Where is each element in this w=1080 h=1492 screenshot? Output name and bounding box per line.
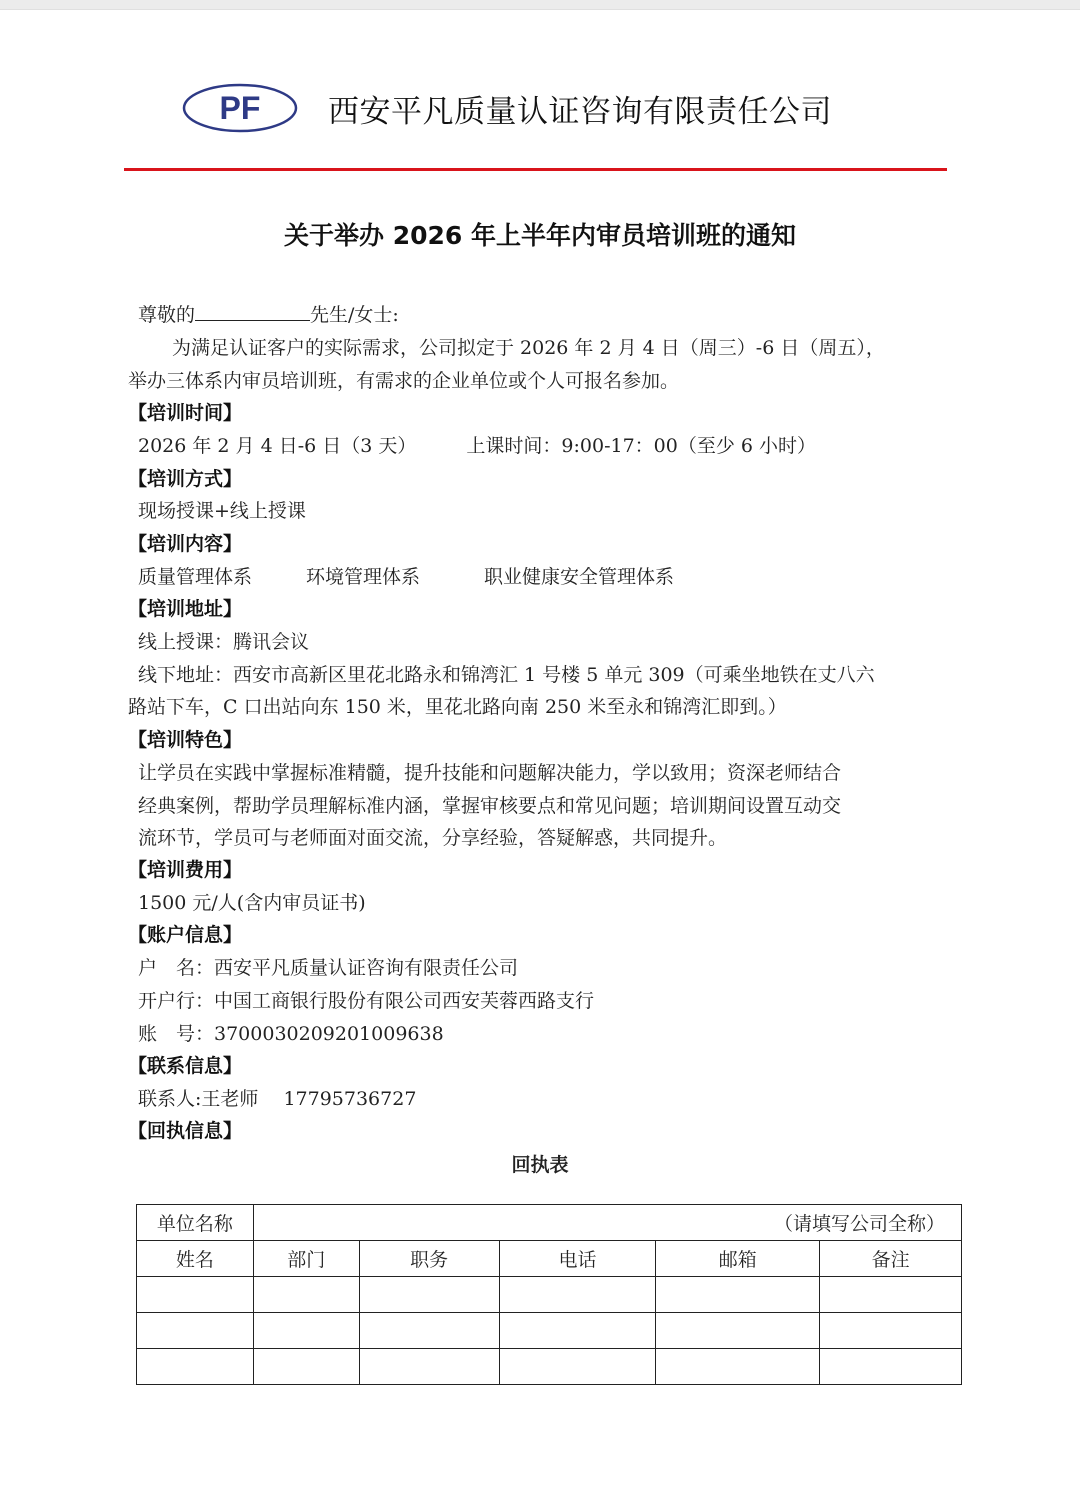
position-cell[interactable] xyxy=(359,1313,499,1349)
department-cell[interactable] xyxy=(253,1277,359,1313)
unit-name-field[interactable]: （请填写公司全称） xyxy=(253,1205,961,1241)
training-mode: 现场授课+线上授课 xyxy=(138,496,306,523)
heading-mode: 【培训方式】 xyxy=(128,464,242,491)
intro-line-1: 为满足认证客户的实际需求，公司拟定于 2026 年 2 月 4 日（周三）-6 … xyxy=(172,333,885,360)
column-header-remarks: 备注 xyxy=(820,1241,962,1277)
department-cell[interactable] xyxy=(253,1313,359,1349)
remarks-cell[interactable] xyxy=(820,1277,962,1313)
top-bar xyxy=(0,0,1080,10)
column-header-phone: 电话 xyxy=(499,1241,656,1277)
intro-line-2: 举办三体系内审员培训班，有需求的企业单位或个人可报名参加。 xyxy=(128,366,679,393)
training-time: 2026 年 2 月 4 日-6 日（3 天）上课时间：9:00-17：00（至… xyxy=(138,431,816,458)
heading-contact: 【联系信息】 xyxy=(128,1051,242,1078)
heading-receipt: 【回执信息】 xyxy=(128,1116,242,1143)
name-blank-field[interactable] xyxy=(195,302,310,321)
heading-time: 【培训时间】 xyxy=(128,398,242,425)
training-content: 质量管理体系环境管理体系职业健康安全管理体系 xyxy=(138,562,674,589)
heading-address: 【培训地址】 xyxy=(128,594,242,621)
table-row xyxy=(137,1349,962,1385)
heading-features: 【培训特色】 xyxy=(128,725,242,752)
position-cell[interactable] xyxy=(359,1349,499,1385)
greeting-suffix: 先生/女士: xyxy=(310,304,399,326)
position-cell[interactable] xyxy=(359,1277,499,1313)
column-header-email: 邮箱 xyxy=(656,1241,820,1277)
table-row xyxy=(137,1277,962,1313)
class-hours: 上课时间：9:00-17：00（至少 6 小时） xyxy=(466,435,816,457)
column-header-name: 姓名 xyxy=(137,1241,254,1277)
account-bank: 开户行：中国工商银行股份有限公司西安芙蓉西路支行 xyxy=(138,986,594,1013)
remarks-cell[interactable] xyxy=(820,1313,962,1349)
remarks-cell[interactable] xyxy=(820,1349,962,1385)
unit-row: 单位名称 （请填写公司全称） xyxy=(137,1205,962,1241)
features-line-2: 经典案例，帮助学员理解标准内涵，掌握审核要点和常见问题；培训期间设置互动交 xyxy=(138,791,841,818)
svg-text:PF: PF xyxy=(220,90,261,126)
company-name: 西安平凡质量认证咨询有限责任公司 xyxy=(328,86,832,131)
account-name: 户 名：西安平凡质量认证咨询有限责任公司 xyxy=(138,953,518,980)
document-title: 关于举办 2026 年上半年内审员培训班的通知 xyxy=(0,216,1080,252)
receipt-form-table: 单位名称 （请填写公司全称） 姓名 部门 职务 电话 邮箱 备注 xyxy=(136,1204,962,1385)
offline-address-line-2: 路站下车，C 口出站向东 150 米，里花北路向南 250 米至永和锦湾汇即到。… xyxy=(128,692,787,719)
phone-cell[interactable] xyxy=(499,1349,656,1385)
features-line-1: 让学员在实践中掌握标准精髓，提升技能和问题解决能力，学以致用；资深老师结合 xyxy=(138,758,841,785)
receipt-form-title: 回执表 xyxy=(0,1150,1080,1177)
email-cell[interactable] xyxy=(656,1277,820,1313)
greeting-prefix: 尊敬的 xyxy=(138,304,195,326)
header-row: 姓名 部门 职务 电话 邮箱 备注 xyxy=(137,1241,962,1277)
name-cell[interactable] xyxy=(137,1277,254,1313)
email-cell[interactable] xyxy=(656,1349,820,1385)
department-cell[interactable] xyxy=(253,1349,359,1385)
heading-account: 【账户信息】 xyxy=(128,920,242,947)
account-number: 账 号：3700030209201009638 xyxy=(138,1019,444,1046)
pf-logo-icon: PF xyxy=(182,83,298,133)
heading-fee: 【培训费用】 xyxy=(128,855,242,882)
table-row xyxy=(137,1313,962,1349)
header-divider xyxy=(124,168,947,171)
content-item: 环境管理体系 xyxy=(306,566,420,588)
name-cell[interactable] xyxy=(137,1349,254,1385)
column-header-department: 部门 xyxy=(253,1241,359,1277)
content-item: 质量管理体系 xyxy=(138,566,252,588)
contact-info: 联系人:王老师 17795736727 xyxy=(138,1084,416,1111)
phone-cell[interactable] xyxy=(499,1277,656,1313)
column-header-position: 职务 xyxy=(359,1241,499,1277)
unit-label: 单位名称 xyxy=(137,1205,254,1241)
name-cell[interactable] xyxy=(137,1313,254,1349)
features-line-3: 流环节，学员可与老师面对面交流，分享经验，答疑解惑，共同提升。 xyxy=(138,823,727,850)
phone-cell[interactable] xyxy=(499,1313,656,1349)
training-fee: 1500 元/人(含内审员证书) xyxy=(138,888,366,915)
content-item: 职业健康安全管理体系 xyxy=(484,566,674,588)
offline-address-line-1: 线下地址：西安市高新区里花北路永和锦湾汇 1 号楼 5 单元 309（可乘坐地铁… xyxy=(138,660,875,687)
heading-content: 【培训内容】 xyxy=(128,529,242,556)
email-cell[interactable] xyxy=(656,1313,820,1349)
training-dates: 2026 年 2 月 4 日-6 日（3 天） xyxy=(138,435,416,457)
greeting: 尊敬的先生/女士: xyxy=(138,300,399,327)
online-address: 线上授课：腾讯会议 xyxy=(138,627,309,654)
